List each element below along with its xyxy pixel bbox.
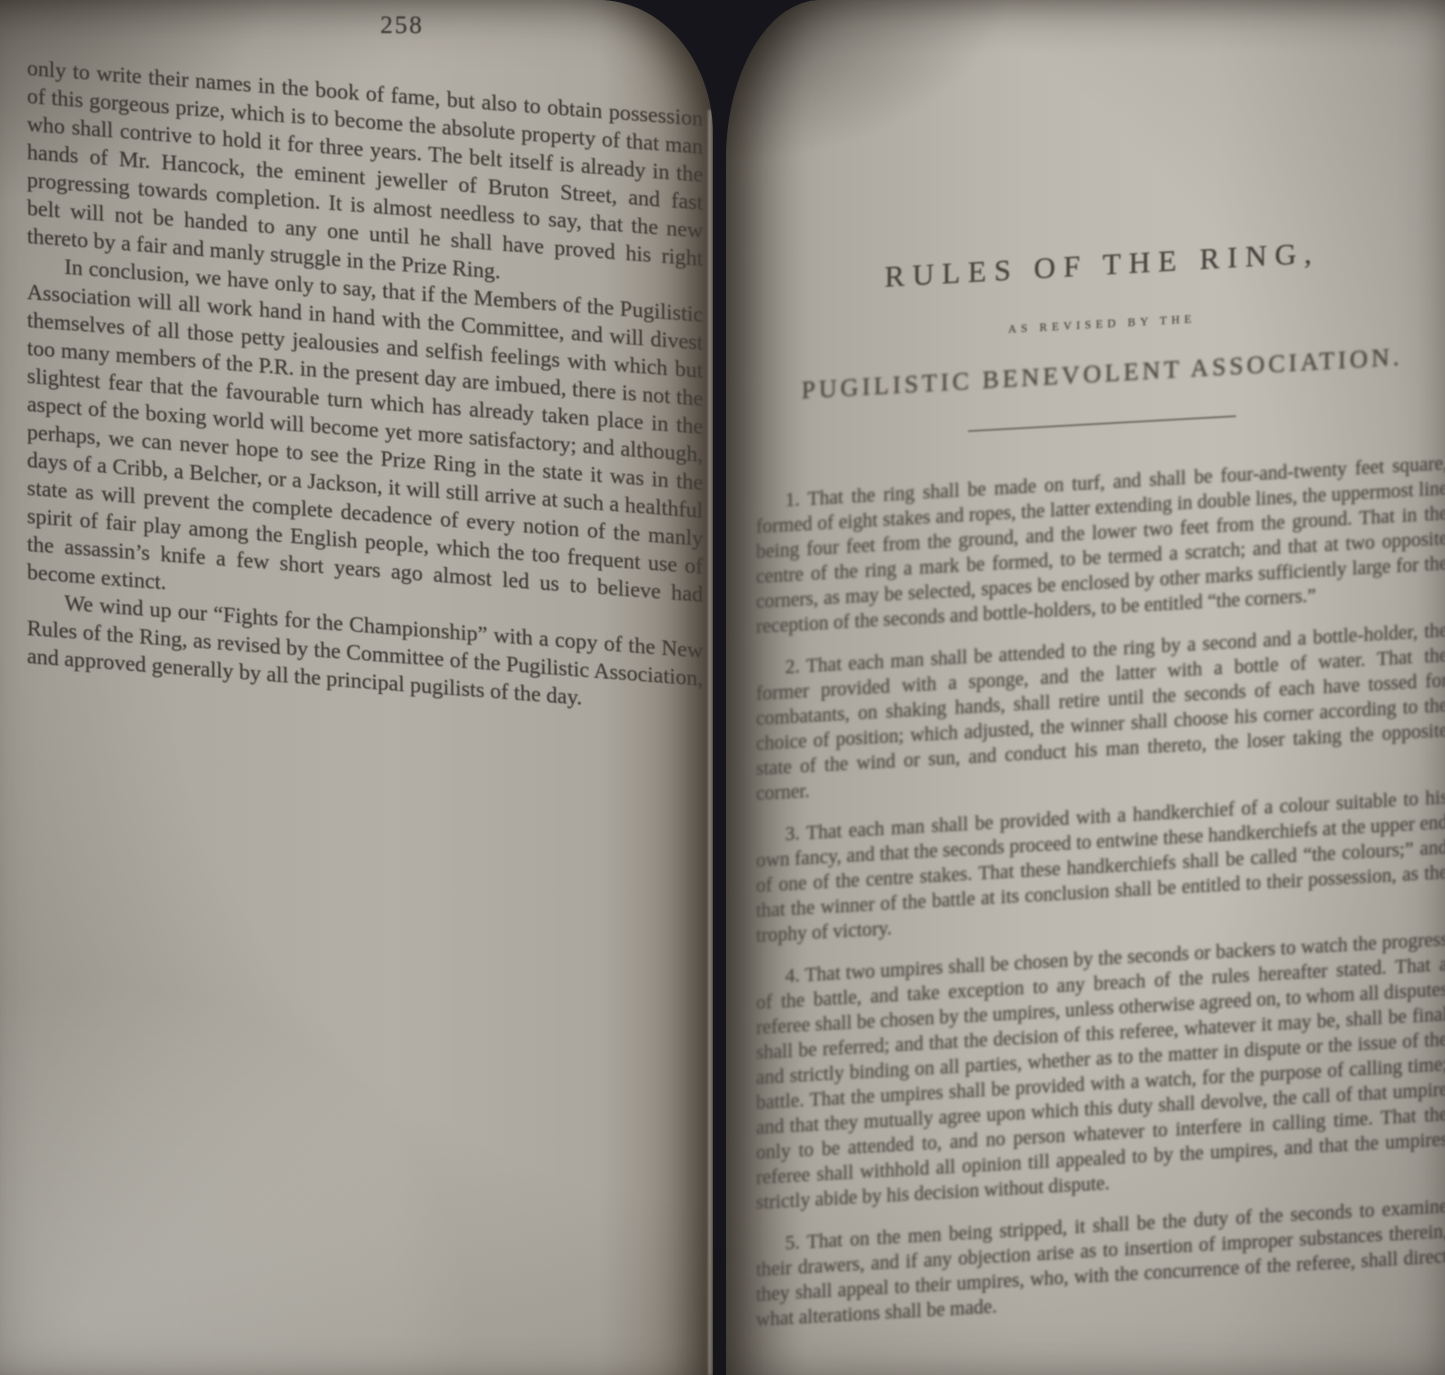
rules-list: 1. That the ring shall be made on turf, … <box>756 451 1445 1333</box>
rule-item-4: 4. That two umpires shall be chosen by t… <box>756 927 1445 1216</box>
section-divider <box>968 415 1236 432</box>
chapter-subtitle: AS REVISED BY THE <box>756 299 1445 350</box>
association-name: PUGILISTIC BENEVOLENT ASSOCIATION. <box>756 341 1445 408</box>
left-page-body: only to write their names in the book of… <box>27 54 703 721</box>
rule-item-5: 5. That on the men being stripped, it sh… <box>756 1194 1445 1333</box>
page-number: 258 <box>352 12 452 40</box>
rule-item-2: 2. That each man shall be attended to th… <box>756 618 1445 807</box>
rule-item-3: 3. That each man shall be provided with … <box>756 785 1445 949</box>
paragraph: In conclusion, we have only to say, that… <box>27 250 703 637</box>
left-page: 258 only to write their names in the boo… <box>0 0 713 1375</box>
rule-item-1: 1. That the ring shall be made on turf, … <box>756 451 1445 640</box>
book-spread: 258 only to write their names in the boo… <box>0 0 1445 1375</box>
right-page-body: RULES OF THE RING, AS REVISED BY THE PUG… <box>756 0 1445 1350</box>
chapter-title: RULES OF THE RING, <box>756 229 1445 302</box>
right-page: RULES OF THE RING, AS REVISED BY THE PUG… <box>726 0 1445 1375</box>
